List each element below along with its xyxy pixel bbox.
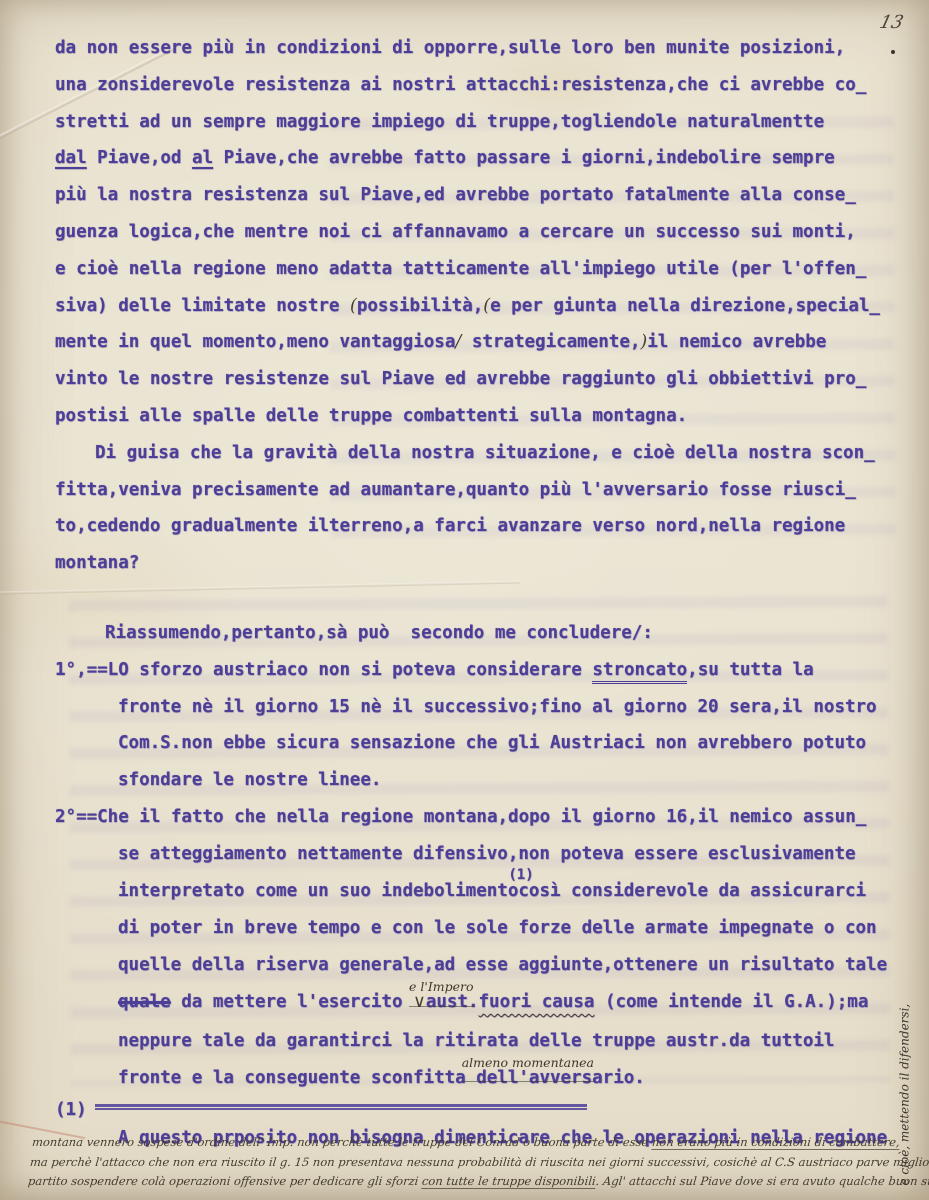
typed-segment: possibilità, [357, 296, 483, 316]
typed-segment: Com.S.non ebbe sicura sensazione che gli… [118, 733, 866, 753]
typed-segment: montana? [55, 553, 139, 573]
typed-segment-uu: stroncato [592, 660, 687, 684]
margin-note-vertical: e cioè, mettendo il difendersi, [898, 931, 914, 1186]
typed-segment: più la nostra resistenza sul Piave,ed av… [55, 185, 856, 205]
typed-segment: Piave,od [87, 148, 192, 168]
typed-text: da non essere più in condizioni di oppor… [55, 30, 889, 1157]
typed-line: fitta,veniva precisamente ad aumantare,q… [55, 472, 889, 509]
typed-segment: siva) delle limitate nostre [55, 296, 350, 316]
typed-line: postisi alle spalle delle truppe combatt… [55, 398, 889, 435]
typed-segment: sfondare le nostre linee. [118, 770, 381, 790]
typed-segment: se atteggiamento nettamente difensivo,no… [118, 844, 856, 864]
typed-line: vinto le nostre resistenze sul Piave ed … [55, 361, 889, 398]
typed-segment: to,cedendo gradualmente ilterreno,a farc… [55, 516, 845, 536]
handwritten-insertion: e l'Impero [409, 969, 474, 1007]
typed-line: da non essere più in condizioni di oppor… [55, 30, 889, 67]
typed-segment: fronte e la conseguente sconfitta [118, 1068, 466, 1088]
typed-line: quale da mettere l'esercito e l'Impero∨a… [55, 984, 889, 1023]
typed-segment: e cioè nella regione meno adatta tattica… [55, 259, 866, 279]
typed-line: Riassumendo,pertanto,sà può secondo me c… [55, 615, 889, 652]
typed-line: più la nostra resistenza sul Piave,ed av… [55, 177, 889, 214]
typed-segment: e per giunta nella direzione,special_ [490, 296, 880, 316]
typed-line: 2°==Che il fatto che nella regione monta… [55, 799, 889, 836]
typed-segment: da mettere l'esercito [171, 992, 413, 1012]
typed-segment-u: al [192, 148, 213, 168]
typed-segment: così considerevole da assicurarci [518, 881, 866, 901]
footnote-reference: (1) [508, 857, 533, 894]
scanned-page: 13 da non essere più in condizioni di op… [0, 0, 929, 1200]
handwritten-line: montana vennero sospese d'ordine dell' I… [31, 1133, 916, 1153]
typed-segment: Riassumendo,pertanto,sà può secondo me c… [105, 623, 653, 643]
typed-line: to,cedendo gradualmente ilterreno,a farc… [55, 508, 889, 545]
handwritten-segment: montana vennero sospese d'ordine dell' I… [31, 1135, 652, 1149]
typed-segment-pen: ( [350, 296, 357, 316]
typed-segment: da non essere più in condizioni di oppor… [55, 38, 845, 58]
typed-segment: strategicamente, [461, 332, 640, 352]
typed-line: sfondare le nostre linee. [55, 762, 889, 799]
handwritten-line: ma perchè l'attacco che non era riuscito… [29, 1153, 914, 1173]
typed-segment: interpretato come un suo indebolimento [118, 881, 518, 901]
typed-line: guenza logica,che mentre noi ci affannav… [55, 214, 889, 251]
typed-segment: Di guisa che la gravità della nostra sit… [95, 443, 875, 463]
typed-segment: fitta,veniva precisamente ad aumantare,q… [55, 480, 856, 500]
typed-segment: postisi alle spalle delle truppe combatt… [55, 406, 687, 426]
typed-segment-strike: quale [118, 992, 171, 1012]
handwritten-segment: partito sospendere colà operazioni offen… [27, 1174, 422, 1188]
line-gap [55, 582, 889, 615]
typed-segment: 2°==Che il fatto che nella regione monta… [55, 807, 866, 827]
typed-segment: vinto le nostre resistenze sul Piave ed … [55, 369, 866, 389]
typed-segment: stretti ad un sempre maggiore impiego di… [55, 112, 824, 132]
handwritten-segment: . Agl' attacchi sul Piave dove si era av… [595, 1174, 929, 1188]
handwritten-segment-hwu: non erano più in condizioni di combatter… [651, 1135, 900, 1150]
typed-line: Com.S.non ebbe sicura sensazione che gli… [55, 725, 889, 762]
handwritten-segment: ma perchè l'attacco che non era riuscito… [29, 1155, 929, 1169]
typed-line: se atteggiamento nettamente difensivo,no… [55, 836, 889, 873]
typed-segment: 1°,==LO sforzo austriaco non si poteva c… [55, 660, 592, 680]
typed-segment: mente in quel momento,meno vantaggiosa [55, 332, 455, 352]
handwritten-footnote: montana vennero sospese d'ordine dell' I… [27, 1133, 916, 1192]
handwritten-insertion: almeno momentanea [462, 1045, 594, 1083]
typed-segment: di poter in breve tempo e con le sole fo… [118, 918, 877, 938]
typed-segment: (come intende il G.A.);ma [594, 992, 868, 1012]
handwritten-segment-hwu: con tutte le truppe disponibili [421, 1174, 596, 1189]
typed-segment: il nemico avrebbe [647, 332, 826, 352]
typed-line: e cioè nella regione meno adatta tattica… [55, 251, 889, 288]
pen-dot-mark [891, 50, 895, 54]
typed-segment-wavy: fuori causa [479, 992, 595, 1012]
typed-line: fronte nè il giorno 15 nè il successivo;… [55, 689, 889, 726]
typed-line: dal Piave,od al Piave,che avrebbe fatto … [55, 140, 889, 177]
typed-segment: una zonsiderevole resistenza ai nostri a… [55, 75, 866, 95]
typed-line: di poter in breve tempo e con le sole fo… [55, 910, 889, 947]
typed-segment: (1) [55, 1100, 87, 1120]
typed-segment: fronte nè il giorno 15 nè il successivo;… [118, 697, 877, 717]
typed-segment-u: dal [55, 148, 87, 168]
typed-line: fronte e la conseguente sconfittaalmeno … [55, 1060, 889, 1099]
typed-line: siva) delle limitate nostre (possibilità… [55, 288, 889, 325]
typed-segment: ,su tutta la [687, 660, 813, 680]
typed-line: una zonsiderevole resistenza ai nostri a… [55, 67, 889, 104]
typed-line: 1°,==LO sforzo austriaco non si poteva c… [55, 652, 889, 689]
typed-line: interpretato come un suo indebolimento(1… [55, 873, 889, 911]
typed-segment: guenza logica,che mentre noi ci affannav… [55, 222, 856, 242]
typed-segment: Piave,che avrebbe fatto passare i giorni… [213, 148, 835, 168]
typed-segment-sep [95, 1104, 587, 1110]
typed-line: (1) [55, 1100, 889, 1120]
typed-line: montana? [55, 545, 889, 582]
typed-segment: quelle della riserva generale,ad esse ag… [118, 955, 887, 975]
handwritten-line: partito sospendere colà operazioni offen… [27, 1172, 912, 1192]
typed-line: stretti ad un sempre maggiore impiego di… [55, 104, 889, 141]
typed-line: mente in quel momento,meno vantaggiosa/ … [55, 324, 889, 361]
typed-line: Di guisa che la gravità della nostra sit… [55, 435, 889, 472]
